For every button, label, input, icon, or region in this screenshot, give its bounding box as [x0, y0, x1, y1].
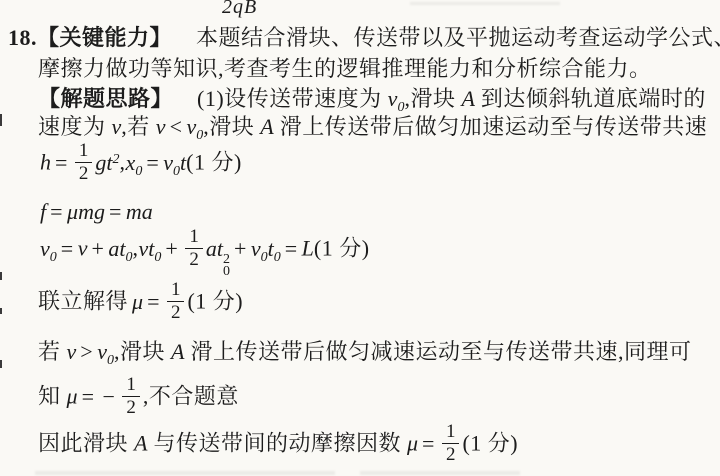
text-segment: ,不合题意 [143, 384, 239, 409]
math-var-mu: μ [407, 431, 418, 456]
math-var-vt0: vt0 [139, 236, 162, 261]
text-segment: ,滑块 [404, 86, 461, 111]
equals-sign: = [51, 150, 72, 175]
score-note: (1 分) [187, 289, 243, 314]
math-var-A: A [461, 86, 474, 111]
equals-sign: = [57, 236, 78, 261]
math-var-v: v [78, 236, 88, 261]
math-var: v [40, 236, 50, 261]
fraction-one-half: 12 [122, 374, 140, 419]
subscript: 0 [223, 266, 230, 278]
cutoff-text-remnant [360, 471, 520, 475]
scan-artifact [0, 272, 2, 280]
problem-number: 18. [8, 25, 37, 50]
final-answer-line: 因此滑块 A 与传送带间的动摩擦因数 μ=12(1 分) [38, 423, 518, 468]
scan-artifact [0, 360, 2, 368]
text-segment: 与传送带间的动摩擦因数 [147, 431, 407, 456]
equals-sign: = [281, 236, 302, 261]
math-var-v0: v0 [388, 86, 405, 111]
scan-artifact [0, 308, 2, 314]
fraction-one-half: 12 [185, 226, 203, 271]
math-var-at0: at0 [108, 236, 132, 261]
text-segment: 若 [38, 339, 67, 364]
key-ability-text-line2: 摩擦力做功等知识,考查考生的逻辑推理能力和分析综合能力。 [38, 54, 652, 84]
math-var-at0-squared: at20 [206, 236, 230, 261]
formula-kinematics: v0=v+at0,vt0+12at20+v0t0=L(1 分) [40, 228, 370, 278]
math-var-v: v [67, 339, 77, 364]
score-note: (1 分) [186, 150, 242, 175]
key-ability-heading-line: 18.【关键能力】本题结合滑块、传送带以及平抛运动考查运动学公式、 [8, 23, 720, 53]
math-var-v: v [156, 114, 166, 139]
text-segment: 到达倾斜轨道底端时的 [475, 86, 706, 111]
plus-sign: + [87, 236, 108, 261]
fraction-one-half: 12 [442, 421, 460, 466]
greater-than-sign: > [76, 339, 97, 364]
equals-sign: = [143, 289, 164, 314]
text-segment: (1)设传送带速度为 [197, 86, 388, 111]
subscript: 0 [173, 164, 180, 179]
superscript: 2 [113, 152, 120, 167]
equals-sign: = [105, 199, 126, 224]
subscript: 0 [50, 250, 57, 265]
math-var-v0: v0 [186, 114, 203, 139]
math-var: v [163, 150, 173, 175]
case2-line: 若 v>v0,滑块 A 滑上传送带后做匀减速运动至与传送带共速,同理可 [38, 337, 691, 376]
previous-answer-fragment: 2qB [222, 0, 257, 19]
text-segment: 知 [38, 384, 67, 409]
plus-sign: + [230, 236, 251, 261]
fraction-denominator: 2 [185, 249, 203, 271]
less-than-sign: < [166, 114, 187, 139]
math-var-A: A [134, 431, 147, 456]
text-segment: ,若 [121, 114, 156, 139]
scan-artifact [0, 114, 2, 126]
key-ability-label: 【关键能力】 [37, 25, 172, 50]
fraction-denominator: 2 [167, 302, 185, 324]
score-note: (1 分) [462, 431, 518, 456]
fraction-one-half: 12 [167, 279, 185, 324]
fraction-one-half: 12 [75, 140, 93, 185]
fraction-numerator: 1 [122, 374, 140, 397]
equals-sign: = [418, 431, 439, 456]
math-var-mumg: μmg [67, 199, 105, 224]
text-segment: ,滑块 [114, 339, 171, 364]
subscript: 0 [274, 250, 281, 265]
subscript: 0 [107, 353, 114, 368]
subscript: 0 [261, 250, 268, 265]
math-var-x0: x0 [126, 150, 143, 175]
math-var-L: L [302, 236, 314, 261]
math-var-v0t: v0t [163, 150, 186, 175]
conclusion-mu-line: 联立解得μ=12(1 分) [38, 281, 243, 326]
text-segment: 滑上传送带后做匀减速运动至与传送带共速,同理可 [184, 339, 691, 364]
math-var: v [388, 86, 398, 111]
math-var: at [108, 236, 125, 261]
math-var: v [97, 339, 107, 364]
math-var-gt: gt2 [95, 150, 119, 175]
math-var-v0t0: v0t0 [251, 236, 281, 261]
math-var: v [251, 236, 261, 261]
text-segment: 速度为 [38, 114, 112, 139]
math-var: gt [95, 150, 112, 175]
stacked-sup-sub: 20 [223, 254, 230, 278]
fraction-numerator: 1 [442, 421, 460, 444]
text-segment: ,滑块 [203, 114, 260, 139]
scanned-answer-page: 2qB 18.【关键能力】本题结合滑块、传送带以及平抛运动考查运动学公式、 摩擦… [0, 0, 720, 476]
math-var-ma: ma [126, 199, 153, 224]
plus-sign: + [161, 236, 182, 261]
math-var-v0: v0 [97, 339, 114, 364]
text-segment: 滑上传送带后做匀加速运动至与传送带共速 [274, 114, 708, 139]
case2-mu-line: 知 μ=−12,不合题意 [38, 376, 239, 421]
math-var-mu: μ [67, 384, 78, 409]
text-segment: 联立解得 [38, 289, 128, 314]
equals-sign: = [78, 384, 99, 409]
equals-sign: = [46, 199, 67, 224]
math-var-v0: v0 [40, 236, 57, 261]
cutoff-text-remnant [410, 2, 560, 5]
fraction-numerator: 1 [75, 140, 93, 163]
fraction-denominator: 2 [75, 163, 93, 185]
math-var-A: A [260, 114, 273, 139]
fraction-denominator: 2 [122, 397, 140, 419]
solution-label: 【解题思路】 [38, 86, 173, 111]
formula-friction: f=μmg=ma [40, 197, 153, 227]
key-ability-text: 摩擦力做功等知识,考查考生的逻辑推理能力和分析综合能力。 [38, 56, 652, 81]
fraction-denominator: 2 [442, 444, 460, 466]
math-var: x [126, 150, 136, 175]
cutoff-text-remnant [35, 471, 335, 475]
fragment-text: 2qB [222, 0, 257, 18]
formula-projectile-motion: h=12gt2,x0=v0t(1 分) [40, 142, 242, 187]
equals-sign: = [142, 150, 163, 175]
math-var-A: A [171, 339, 184, 364]
text-segment: 因此滑块 [38, 431, 134, 456]
fraction-numerator: 1 [185, 226, 203, 249]
math-var-h: h [40, 150, 51, 175]
math-var: at [206, 236, 223, 261]
math-var: vt [139, 236, 155, 261]
fraction-numerator: 1 [167, 279, 185, 302]
subscript: 0 [126, 250, 133, 265]
key-ability-text: 本题结合滑块、传送带以及平抛运动考查运动学公式、 [196, 25, 720, 50]
minus-sign: − [98, 384, 119, 409]
math-var-v: v [112, 114, 122, 139]
math-var-mu: μ [132, 289, 143, 314]
score-note: (1 分) [314, 236, 370, 261]
math-var: v [186, 114, 196, 139]
